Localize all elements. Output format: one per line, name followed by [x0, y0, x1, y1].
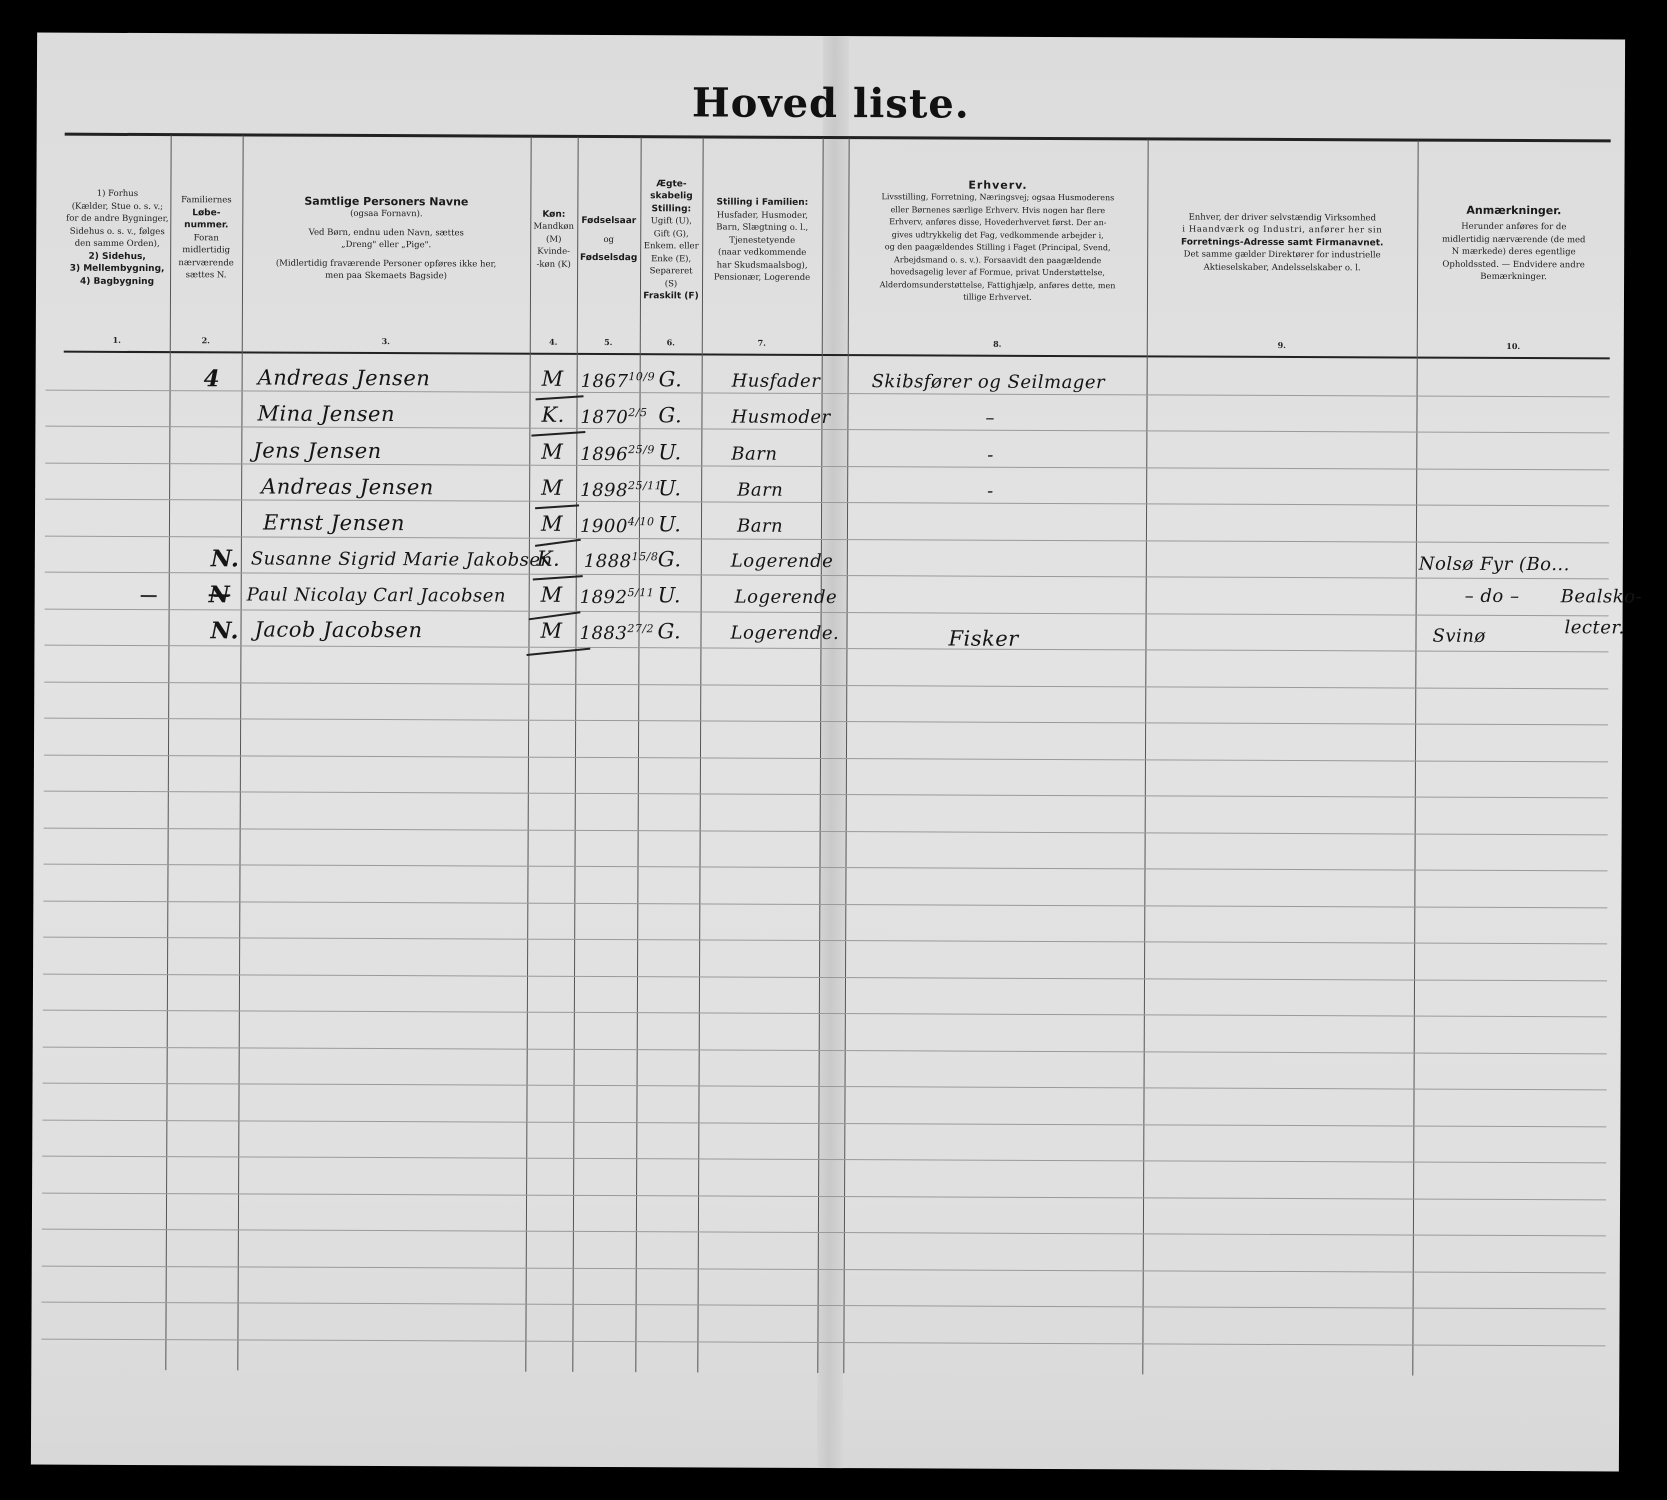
sex: M	[541, 440, 563, 464]
remark: Svinø	[1432, 626, 1485, 647]
marital-status: G.	[657, 619, 681, 643]
birth-date: 18925/11	[580, 586, 655, 608]
header-col-10: Anmærkninger. Herunder anføres for de mi…	[1417, 149, 1611, 340]
column-number: 5.	[577, 337, 640, 347]
marital-status: G.	[658, 403, 682, 427]
family-role: Husmoder	[731, 407, 830, 428]
column-number: 7.	[702, 337, 822, 348]
person-name: Paul Nicolay Carl Jacobsen	[247, 584, 506, 606]
column-number: 6.	[640, 337, 702, 347]
marital-status: U.	[658, 476, 682, 500]
occupation: Fisker	[948, 627, 1018, 651]
birth-date: 186710/9	[581, 370, 656, 392]
underline-stroke	[535, 539, 581, 547]
header-col-1: 1) Forhus (Kælder, Stue o. s. v.; for de…	[64, 143, 171, 333]
sex: K.	[541, 403, 564, 427]
occupation: –	[985, 408, 995, 429]
header-col-5: Fødselsaar og Fødselsdag	[577, 145, 641, 335]
census-page: Hoved liste. 1) Forhus (Kælder, Stue o. …	[31, 33, 1625, 1472]
column-number: 2.	[170, 335, 242, 345]
column-number: 8.	[848, 338, 1147, 349]
header-col-9: Enhver, der driver selvstændig Virksomhe…	[1147, 147, 1418, 338]
marital-status: G.	[658, 547, 682, 571]
family-role: Barn	[731, 444, 777, 465]
column-number: 9.	[1147, 339, 1417, 350]
header-col-4: Køn: Mandkøn (M) Kvinde- -køn (K)	[530, 145, 578, 335]
person-name: Andreas Jensen	[258, 366, 431, 391]
marital-status: G.	[659, 367, 683, 391]
family-role: Logerende	[731, 551, 834, 572]
column-number: 1.	[64, 335, 170, 345]
sex: K.	[537, 547, 560, 571]
sex: M	[541, 583, 563, 607]
temporary-mark: N.	[210, 617, 239, 644]
dash-mark	[141, 595, 157, 597]
remark-continuation: lecter.	[1565, 617, 1625, 638]
sex: M	[541, 512, 563, 536]
person-name: Susanne Sigrid Marie Jakobsen	[251, 548, 553, 570]
family-role: Barn	[737, 516, 783, 537]
header-col-8: Erhverv. Livsstilling, Forretning, Nærin…	[848, 146, 1148, 337]
header-col-6: Ægte- skabelig Stilling: Ugift (U), Gift…	[640, 145, 703, 335]
birth-date: 189625/9	[580, 443, 655, 465]
person-name: Ernst Jensen	[263, 511, 405, 536]
birth-date: 18702/5	[580, 406, 647, 428]
marital-status: U.	[658, 440, 682, 464]
family-role: Logerende	[735, 587, 838, 608]
marital-status: U.	[658, 583, 682, 607]
occupation: -	[987, 481, 994, 502]
family-role: Husfader	[732, 371, 821, 392]
remark-continuation: Bealsko-	[1561, 586, 1643, 607]
temporary-mark: N.	[211, 545, 240, 572]
birth-date: 188327/2	[579, 622, 654, 644]
person-name: Andreas Jensen	[261, 475, 434, 500]
person-name: Jacob Jacobsen	[254, 617, 422, 642]
header-col-2: Familiernes Løbe- nummer. Foran midlerti…	[170, 143, 243, 333]
birth-date: 19004/10	[580, 515, 655, 537]
person-name: Mina Jensen	[257, 402, 395, 427]
sex: M	[542, 367, 564, 391]
header-col-7: Stilling i Familien: Husfader, Husmoder,…	[702, 145, 823, 336]
underline-stroke	[526, 648, 590, 656]
person-name: Jens Jensen	[253, 438, 382, 463]
remark: – do –	[1465, 586, 1520, 607]
occupation: -	[987, 445, 994, 466]
occupation: Skibsfører og Seilmager	[872, 371, 1106, 393]
family-role: Logerende.	[730, 623, 839, 644]
sex: M	[541, 476, 563, 500]
header-col-3: Samtlige Personers Navne (ogsaa Fornavn)…	[242, 143, 531, 334]
column-number: 10.	[1417, 341, 1610, 352]
sex: M	[540, 619, 562, 643]
page-title: Hoved liste.	[37, 77, 1625, 131]
marital-status: U.	[658, 512, 682, 536]
remark: Nolsø Fyr (Bo...	[1419, 554, 1570, 576]
underline-stroke	[535, 504, 579, 509]
column-number: 3.	[242, 335, 530, 346]
family-role: Barn	[737, 480, 783, 501]
birth-date: 189825/11	[580, 479, 662, 501]
column-number: 4.	[530, 337, 577, 347]
family-number: 4	[204, 365, 221, 392]
temporary-mark-crossed: N̶	[209, 581, 231, 608]
birth-date: 188815/8	[584, 550, 659, 572]
